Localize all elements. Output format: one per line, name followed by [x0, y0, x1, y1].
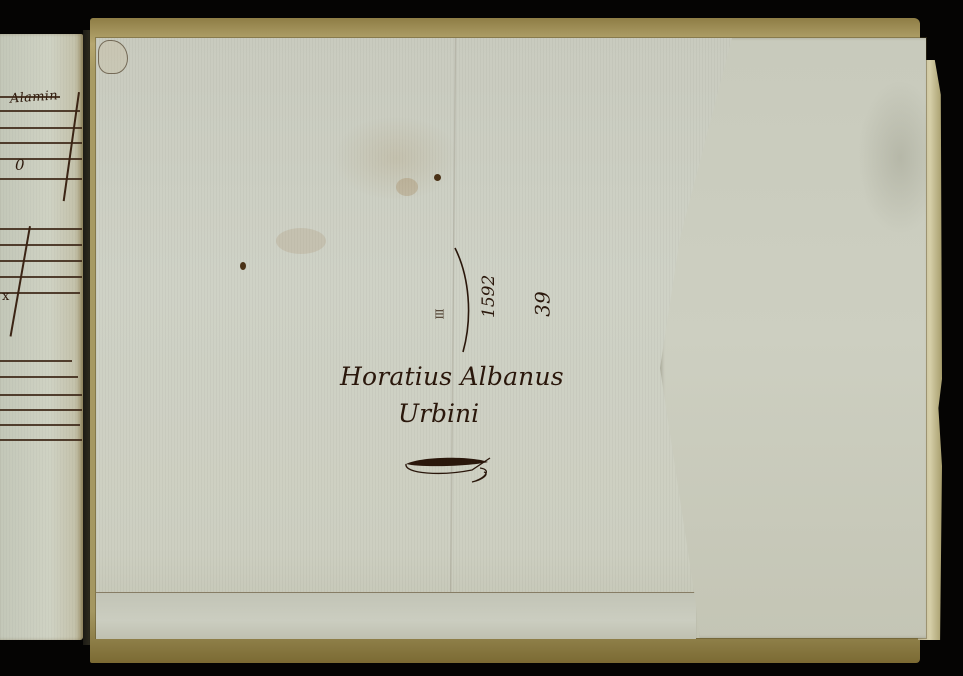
ledger-rule — [0, 409, 82, 411]
ledger-cell-value: 0 — [15, 156, 25, 174]
manuscript-scan: Alamin 0 x III 15 — [0, 0, 963, 676]
paper-texture — [0, 34, 83, 640]
ink-spot — [434, 174, 441, 181]
foxing-stain — [276, 228, 326, 254]
address-endorsement: Horatius Albanus Urbini — [340, 362, 570, 428]
archival-folio-number: 39 — [531, 291, 555, 316]
addressee-name: Horatius Albanus — [340, 362, 570, 391]
adjacent-ledger-page: Alamin 0 x — [0, 34, 83, 640]
ink-spot — [240, 262, 246, 270]
ledger-rule — [0, 96, 60, 98]
ledger-rule — [0, 292, 80, 294]
ledger-rule — [0, 127, 82, 129]
ledger-rule — [0, 424, 80, 426]
ledger-mark: x — [2, 289, 9, 304]
bottom-fold-flap — [96, 592, 696, 639]
ledger-rule — [0, 260, 82, 262]
corner-tear — [98, 40, 128, 74]
ledger-rule — [0, 228, 82, 230]
ledger-rule — [0, 376, 78, 378]
address-city: Urbini — [398, 399, 570, 428]
signature-flourish — [402, 452, 502, 486]
archival-year-notation: 1592 — [480, 275, 498, 318]
foxing-stain — [396, 178, 418, 196]
ledger-rule — [0, 276, 82, 278]
ledger-rule — [0, 394, 82, 396]
ledger-rule — [0, 360, 72, 362]
archival-tally-mark: III — [434, 309, 447, 319]
ledger-rule — [0, 439, 82, 441]
ledger-rule — [0, 110, 80, 112]
ledger-rule — [0, 178, 82, 180]
ledger-rule — [0, 244, 82, 246]
